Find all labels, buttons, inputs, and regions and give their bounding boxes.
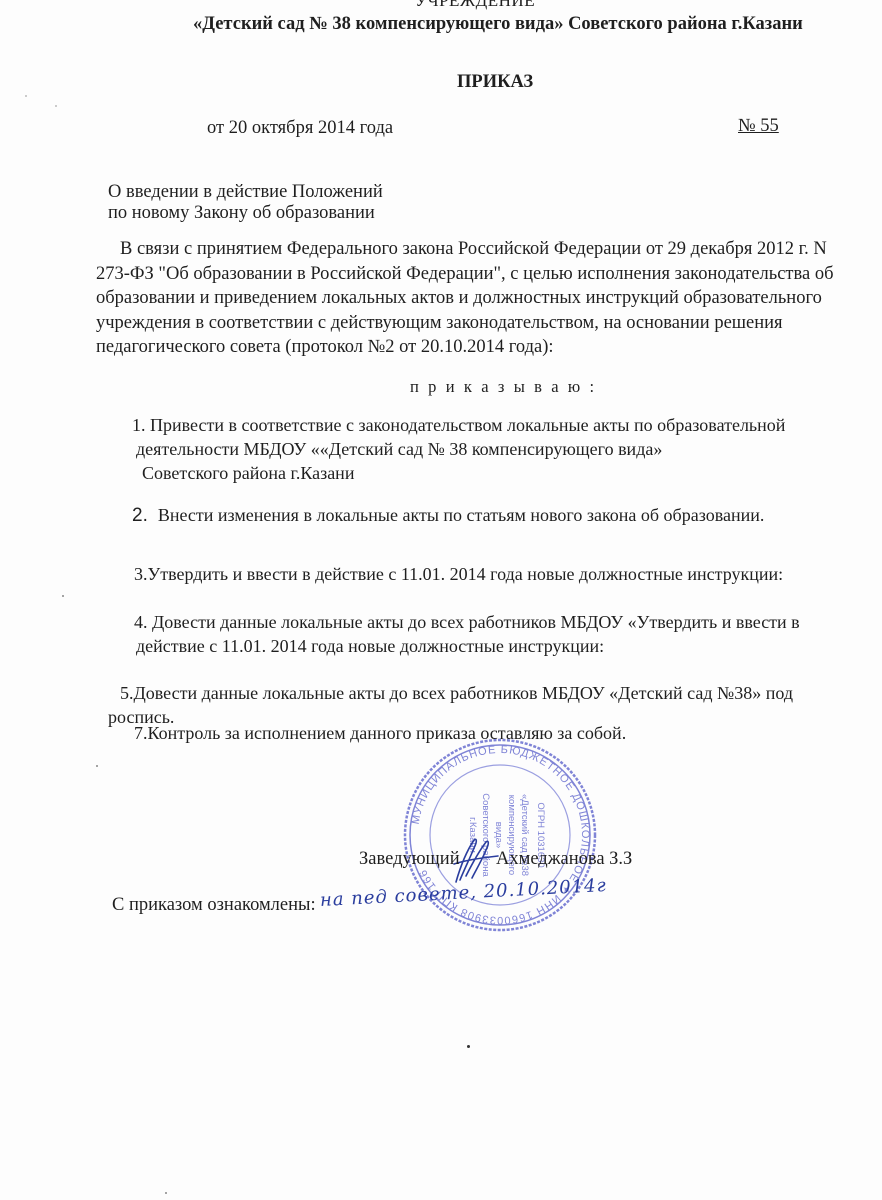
order-item-1-line-2: деятельности МБДОУ ««Детский сад № 38 ко… [136, 439, 662, 460]
order-item-5-line-1: 5.Довести данные локальные акты до всех … [120, 683, 793, 704]
signatory-name: Ахмеджанова З.З [496, 847, 632, 871]
scanned-order-document: УЧРЕЖДЕНИЕ «Детский сад № 38 компенсирую… [0, 0, 882, 1200]
order-item-1-line-1: 1. Привести в соответствие с законодател… [132, 415, 785, 436]
document-title: ПРИКАЗ [457, 72, 533, 93]
document-subject-line-2: по новому Закону об образовании [108, 201, 375, 225]
preamble-paragraph: В связи с принятием Федерального закона … [96, 237, 836, 360]
document-date: от 20 октября 2014 года [207, 116, 393, 140]
order-item-1-line-3: Советского района г.Казани [142, 463, 354, 484]
institution-type-partial: УЧРЕЖДЕНИЕ [415, 0, 535, 13]
order-word: п р и к а з ы в а ю : [410, 377, 597, 397]
acknowledgement-label: С приказом ознакомлены: [112, 893, 316, 917]
organization-name: «Детский сад № 38 компенсирующего вида» … [193, 14, 803, 35]
order-item-4-line-1: 4. Довести данные локальные акты до всех… [134, 612, 800, 633]
document-number: № 55 [738, 114, 779, 138]
order-item-4-line-2: действие с 11.01. 2014 года новые должно… [136, 636, 604, 657]
order-item-2-number: 2. [132, 505, 148, 526]
signatory-role: Заведующий [359, 847, 460, 871]
order-item-3: 3.Утвердить и ввести в действие с 11.01.… [134, 564, 783, 585]
order-item-2-text: Внести изменения в локальные акты по ста… [158, 505, 765, 525]
order-item-2: 2.Внести изменения в локальные акты по с… [132, 505, 764, 527]
